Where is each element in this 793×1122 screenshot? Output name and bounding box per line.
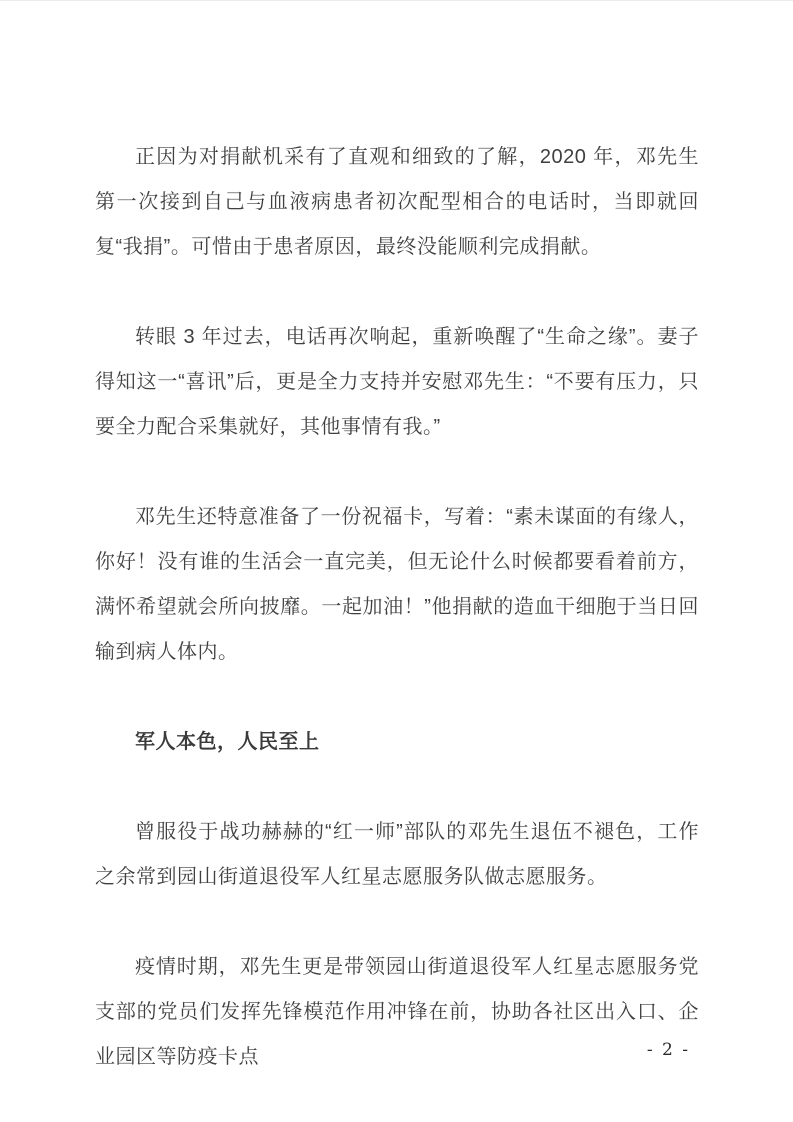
page-number: - 2 - xyxy=(647,1039,690,1061)
document-page: 正因为对捐献机采有了直观和细致的了解，2020 年，邓先生第一次接到自己与血液病… xyxy=(0,0,793,1122)
document-body: 正因为对捐献机采有了直观和细致的了解，2020 年，邓先生第一次接到自己与血液病… xyxy=(95,135,699,1122)
paragraph-volunteer-service: 曾服役于战功赫赫的“红一师”部队的邓先生退伍不褪色，工作之余常到园山街道退役军人… xyxy=(95,810,699,900)
section-heading-soldier-spirit: 军人本色，人民至上 xyxy=(95,720,699,765)
paragraph-wife-support: 转眼 3 年过去，电话再次响起，重新唤醒了“生命之缘”。妻子得知这一“喜讯”后，… xyxy=(95,315,699,450)
paragraph-blessing-card: 邓先生还特意准备了一份祝福卡，写着：“素未谋面的有缘人，你好！没有谁的生活会一直… xyxy=(95,495,699,675)
paragraph-donation-call: 正因为对捐献机采有了直观和细致的了解，2020 年，邓先生第一次接到自己与血液病… xyxy=(95,135,699,270)
paragraph-pandemic-service: 疫情时期，邓先生更是带领园山街道退役军人红星志愿服务党支部的党员们发挥先锋模范作… xyxy=(95,945,699,1080)
